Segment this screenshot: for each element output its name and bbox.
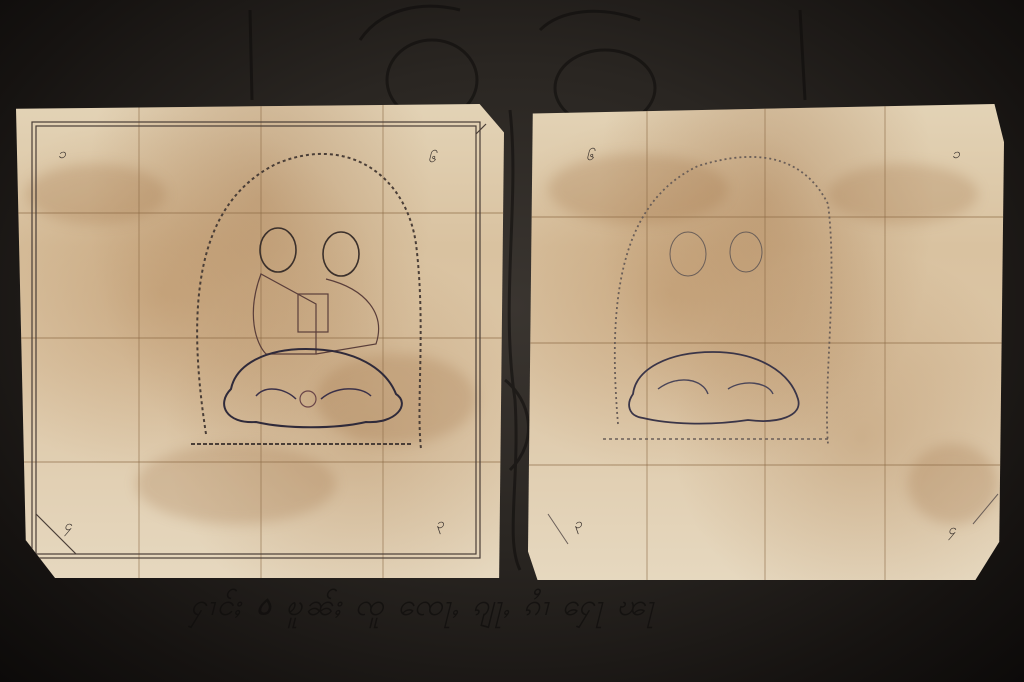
- corner-mark-bottom-left: ၄: [64, 516, 72, 537]
- background-ghost-caption: ႁၢင်ႈ ꧞ ၿူၼ်ႈ ၸူ ၸေႃႇ ၵျႃႇ ၵၢႆ ႁေႃ ၽႃ: [190, 582, 656, 643]
- corner-mark-top-right: ၆: [428, 148, 436, 169]
- corner-mark-top-right: ၁: [952, 144, 960, 165]
- corner-mark-bottom-right: ၄: [948, 520, 956, 541]
- corner-mark-top-left: ၆: [586, 146, 594, 167]
- corner-mark-bottom-right: ၃: [436, 514, 444, 535]
- yantra-drawing-left: [16, 104, 504, 578]
- yantra-drawing-right: [528, 104, 1004, 580]
- corner-mark-top-left: ၁: [58, 144, 66, 165]
- corner-mark-bottom-left: ၃: [574, 514, 582, 535]
- photo-scene: ၁ ၆ ၄ ၃ ၆ ၁ ၃ ၄: [0, 0, 1024, 682]
- manuscript-right: ၆ ၁ ၃ ၄: [528, 104, 1004, 580]
- manuscript-left: ၁ ၆ ၄ ၃: [16, 104, 504, 578]
